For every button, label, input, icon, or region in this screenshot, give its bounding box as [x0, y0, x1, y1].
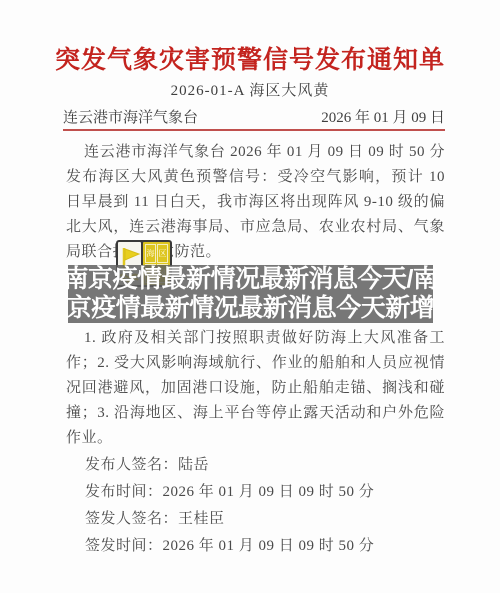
document-title: 突发气象灾害预警信号发布通知单 [0, 40, 500, 76]
publisher-signature-value: 陆岳 [178, 457, 209, 473]
defense-guide-paragraph: 1. 政府及相关部门按照职责做好防海上大风准备工作；2. 受大风影响海域航行、作… [66, 326, 445, 451]
approver-signature-row: 签发人签名：王桂臣 [85, 506, 374, 533]
publish-time-label: 发布时间： [85, 484, 163, 500]
signature-block: 发布人签名：陆岳 发布时间：2026 年 01 月 09 日 09 时 50 分… [85, 452, 374, 560]
approve-time-row: 签发时间：2026 年 01 月 09 日 09 时 50 分 [85, 533, 374, 560]
approver-signature-value: 王桂臣 [178, 511, 225, 527]
publisher-signature-row: 发布人签名：陆岳 [85, 452, 374, 479]
publish-time-row: 发布时间：2026 年 01 月 09 日 09 时 50 分 [85, 479, 374, 506]
watermark-overlay-banner: 南京疫情最新情况最新消息今天/南 京疫情最新情况最新消息今天新增 [68, 265, 433, 323]
approver-signature-label: 签发人签名： [85, 511, 178, 527]
header-divider-line [63, 129, 445, 131]
document-header-row: 连云港市海洋气象台 2026 年 01 月 09 日 [63, 106, 445, 127]
document-subtitle: 2026-01-A 海区大风黄 [0, 79, 500, 100]
issue-date: 2026 年 01 月 09 日 [321, 106, 445, 127]
signal-char: 区 [157, 244, 168, 263]
publish-time-value: 2026 年 01 月 09 日 09 时 50 分 [163, 484, 375, 500]
publisher-signature-label: 发布人签名： [85, 457, 178, 473]
approve-time-label: 签发时间： [85, 538, 163, 554]
issuing-agency: 连云港市海洋气象台 [63, 106, 198, 127]
overlay-text-line2: 京疫情最新情况最新消息今天新增 [67, 294, 435, 323]
approve-time-value: 2026 年 01 月 09 日 09 时 50 分 [163, 538, 375, 554]
overlay-text-line1: 南京疫情最新情况最新消息今天/南 [64, 265, 438, 294]
notice-document-page: 突发气象灾害预警信号发布通知单 2026-01-A 海区大风黄 连云港市海洋气象… [0, 0, 500, 593]
signal-char: 海 [145, 244, 156, 263]
